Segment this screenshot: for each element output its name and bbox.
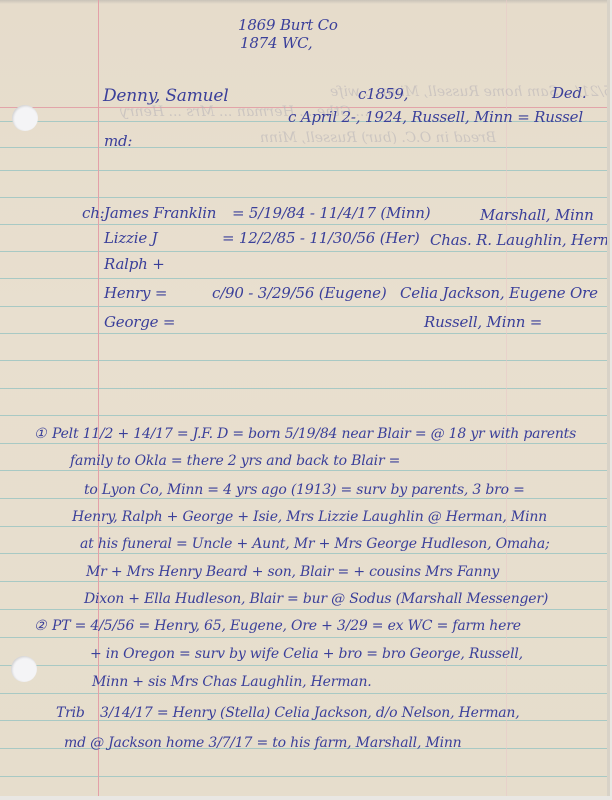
note-source-label: Trib (56, 704, 85, 722)
child-note: Marshall, Minn (480, 206, 594, 224)
child-dates: c/90 - 3/29/56 (Eugene) (212, 284, 386, 302)
child-name: Henry = (104, 284, 167, 302)
header-year-line-2: 1874 WC, (240, 34, 312, 52)
children-label: ch: (82, 204, 105, 222)
rule-line (0, 637, 610, 638)
child-dates: = 5/19/84 - 11/4/17 (Minn) (232, 204, 430, 222)
note-line: md @ Jackson home 3/7/17 = to his farm, … (64, 734, 462, 752)
rule-line (0, 665, 610, 666)
rule-line (0, 170, 610, 171)
rule-line (0, 333, 610, 334)
rule-line (0, 251, 610, 252)
rule-line (0, 776, 610, 777)
rule-line (0, 388, 610, 389)
subject-died-label: Ded. (552, 84, 586, 102)
rule-line (0, 278, 610, 279)
note-line: Henry, Ralph + George + Isie, Mrs Lizzie… (72, 508, 547, 526)
subject-married-label: md: (104, 132, 132, 150)
note-marker: ② (34, 617, 46, 635)
child-note: Chas. R. Laughlin, Herman (430, 231, 610, 249)
note-line: Mr + Mrs Henry Beard + son, Blair = + co… (86, 563, 499, 581)
child-dates: = 12/2/85 - 11/30/56 (Her) (222, 229, 420, 247)
ruled-paper-sheet: Trib 5/21/... Sam home Russell, Minn ...… (0, 0, 610, 796)
subject-born: c1859, (358, 85, 408, 103)
note-marker: ① (34, 425, 46, 443)
note-line: + in Oregon = surv by wife Celia + bro =… (90, 645, 523, 663)
bleed-through-text: Bread in O.C. (bur) Russell, Minn (260, 130, 496, 146)
binder-hole-top (12, 105, 38, 131)
note-line: family to Okla = there 2 yrs and back to… (70, 452, 400, 470)
header-year-line-1: 1869 Burt Co (238, 16, 338, 34)
rule-line (0, 360, 610, 361)
rule-line (0, 581, 610, 582)
rule-line (0, 470, 610, 471)
child-name: James Franklin (104, 204, 216, 222)
rule-line (0, 224, 610, 225)
rule-line (0, 443, 610, 444)
rule-line (0, 197, 610, 198)
note-line: Pelt 11/2 + 14/17 = J.F. D = born 5/19/8… (52, 425, 576, 443)
child-note: Russell, Minn = (424, 313, 542, 331)
rule-line (0, 415, 610, 416)
subject-death-detail: c April 2-, 1924, Russell, Minn = Russel (288, 108, 583, 126)
rule-line (0, 526, 610, 527)
child-name: Lizzie J (104, 229, 157, 247)
rule-line (0, 306, 610, 307)
note-line: at his funeral = Uncle + Aunt, Mr + Mrs … (80, 535, 550, 553)
note-line: Minn + sis Mrs Chas Laughlin, Herman. (92, 673, 372, 691)
binder-hole-bottom (11, 656, 37, 682)
paper-top-edge (0, 0, 610, 4)
child-name: Ralph + (104, 255, 165, 273)
note-line: Dixon + Ella Hudleson, Blair = bur @ Sod… (84, 590, 548, 608)
subject-name: Denny, Samuel (103, 87, 229, 105)
note-line: to Lyon Co, Minn = 4 yrs ago (1913) = su… (84, 481, 525, 499)
rule-line (0, 609, 610, 610)
rule-line (0, 553, 610, 554)
child-name: George = (104, 313, 175, 331)
note-line: 3/14/17 = Henry (Stella) Celia Jackson, … (100, 704, 519, 722)
rule-line (0, 147, 610, 148)
rule-line (0, 693, 610, 694)
child-note: Celia Jackson, Eugene Ore (400, 284, 598, 302)
note-line: PT = 4/5/56 = Henry, 65, Eugene, Ore + 3… (52, 617, 521, 635)
